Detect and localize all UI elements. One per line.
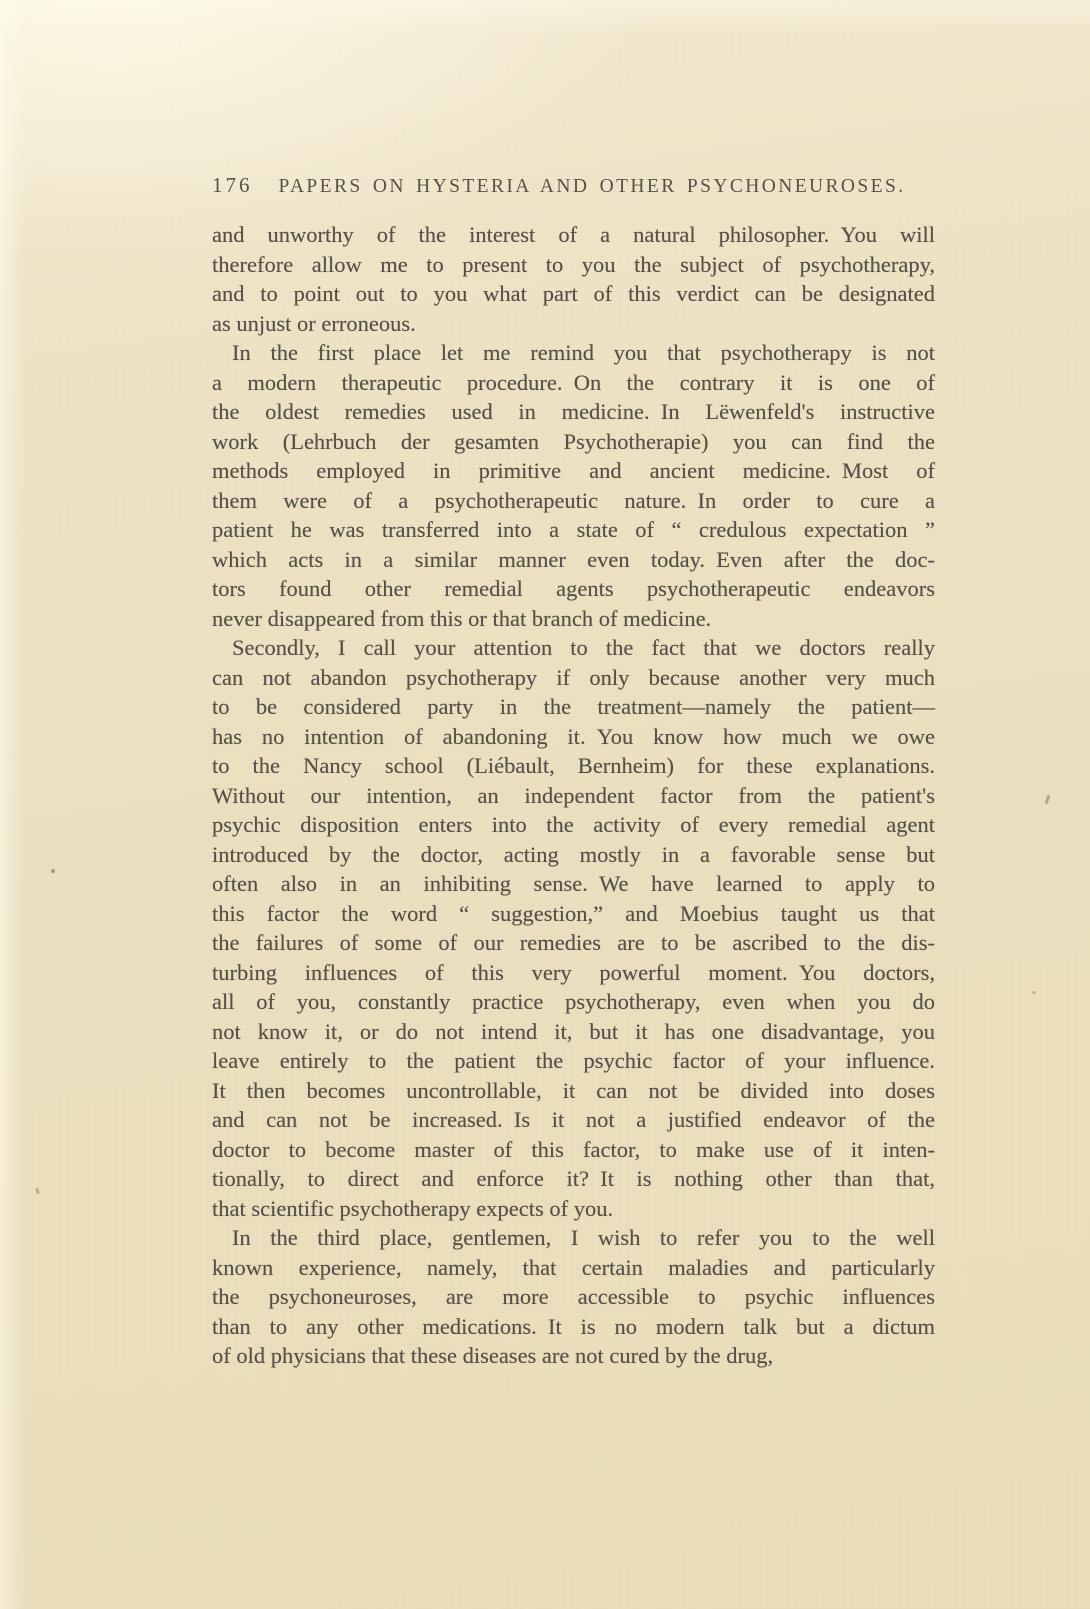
scanned-book-page: { "page": { "number": "176", "running_he… [0,0,1090,1609]
text-line: to the Nancy school (Liébault, Bernheim)… [212,751,935,781]
text-block: and unworthy of the interest of a natura… [212,220,935,1371]
text-line: Secondly, I call your attention to the f… [212,633,935,663]
text-line: them were of a psychotherapeutic nature.… [212,486,935,516]
running-header: 176 PAPERS ON HYSTERIA AND OTHER PSYCHON… [212,173,938,198]
text-line: the psychoneuroses, are more accessible … [212,1282,935,1312]
text-line: than to any other medications. It is no … [212,1312,935,1342]
text-line: tionally, to direct and enforce it? It i… [212,1164,935,1194]
text-line: In the third place, gentlemen, I wish to… [212,1223,935,1253]
text-line: therefore allow me to present to you the… [212,250,935,280]
text-line: not know it, or do not intend it, but it… [212,1017,935,1047]
text-line: work (Lehrbuch der gesamten Psychotherap… [212,427,935,457]
text-line: has no intention of abandoning it. You k… [212,722,935,752]
text-line: leave entirely to the patient the psychi… [212,1046,935,1076]
text-line: which acts in a similar manner even toda… [212,545,935,575]
text-line: and can not be increased. Is it not a ju… [212,1105,935,1135]
text-line: In the first place let me remind you tha… [212,338,935,368]
paper-speck [1032,991,1036,994]
text-line: can not abandon psychotherapy if only be… [212,663,935,693]
text-line: of old physicians that these diseases ar… [212,1341,935,1371]
paragraph: Secondly, I call your attention to the f… [212,633,935,1223]
text-line: It then becomes uncontrollable, it can n… [212,1076,935,1106]
text-line: and to point out to you what part of thi… [212,279,935,309]
running-title: PAPERS ON HYSTERIA AND OTHER PSYCHONEURO… [279,176,906,198]
text-line: that scientific psychotherapy expects of… [212,1194,935,1224]
page-number: 176 [212,173,253,198]
paper-speck [51,869,55,873]
text-line: tors found other remedial agents psychot… [212,574,935,604]
text-line: methods employed in primitive and ancien… [212,456,935,486]
text-line: the oldest remedies used in medicine. In… [212,397,935,427]
text-line: as unjust or erroneous. [212,309,935,339]
paragraph: In the third place, gentlemen, I wish to… [212,1223,935,1371]
text-line: never disappeared from this or that bran… [212,604,935,634]
text-line: Without our intention, an independent fa… [212,781,935,811]
text-line: all of you, constantly practice psychoth… [212,987,935,1017]
paragraph: and unworthy of the interest of a natura… [212,220,935,338]
text-line: doctor to become master of this factor, … [212,1135,935,1165]
text-line: patient he was transferred into a state … [212,515,935,545]
text-line: and unworthy of the interest of a natura… [212,220,935,250]
text-line: often also in an inhibiting sense. We ha… [212,869,935,899]
text-line: known experience, namely, that certain m… [212,1253,935,1283]
text-line: a modern therapeutic procedure. On the c… [212,368,935,398]
paragraph: In the first place let me remind you tha… [212,338,935,633]
text-line: to be considered party in the treatment—… [212,692,935,722]
text-line: the failures of some of our remedies are… [212,928,935,958]
text-line: introduced by the doctor, acting mostly … [212,840,935,870]
text-line: turbing influences of this very powerful… [212,958,935,988]
text-line: psychic disposition enters into the acti… [212,810,935,840]
text-line: this factor the word “ suggestion,” and … [212,899,935,929]
